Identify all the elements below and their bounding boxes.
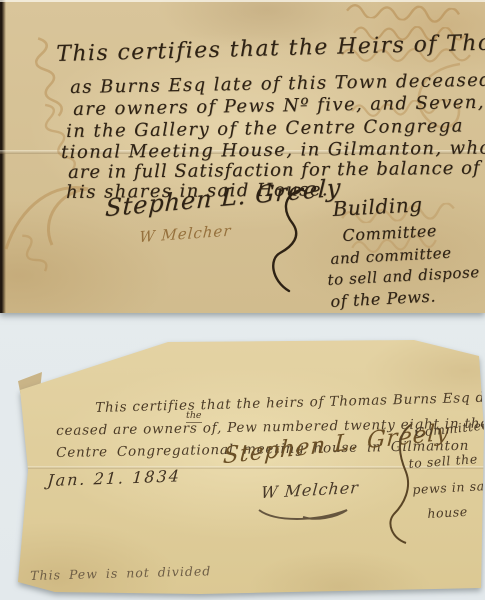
footnote: This Pew is not divided	[30, 563, 211, 583]
bottom-certificate-wrap: This certifies that the heirs of Thomas …	[0, 330, 485, 600]
committee-note-line: and committee	[330, 244, 452, 268]
committee-note-line: of the Pews.	[330, 286, 436, 311]
signature-flourish	[255, 502, 370, 524]
bleedthrough-writing	[345, 0, 476, 25]
bottom-certificate: This certifies that the heirs of Thomas …	[0, 330, 485, 600]
inserted-word: the	[186, 411, 202, 423]
certificate-body-line: This certifies that the heirs of Thomas …	[95, 389, 485, 416]
committee-note-line: pews in said	[412, 478, 485, 497]
signature-w-melcher: W Melcher	[260, 478, 359, 502]
signature-w-melcher: W Melcher	[139, 222, 232, 247]
brace-glyph	[263, 186, 313, 298]
committee-note-line: Building	[332, 192, 423, 221]
top-certificate: This certifies that the Heirs of Thom as…	[0, 0, 485, 313]
scanned-documents-photo: This certifies that the Heirs of Thom as…	[0, 0, 485, 600]
committee-note-line: house	[427, 504, 468, 521]
date: Jan. 21. 1834	[47, 466, 182, 490]
